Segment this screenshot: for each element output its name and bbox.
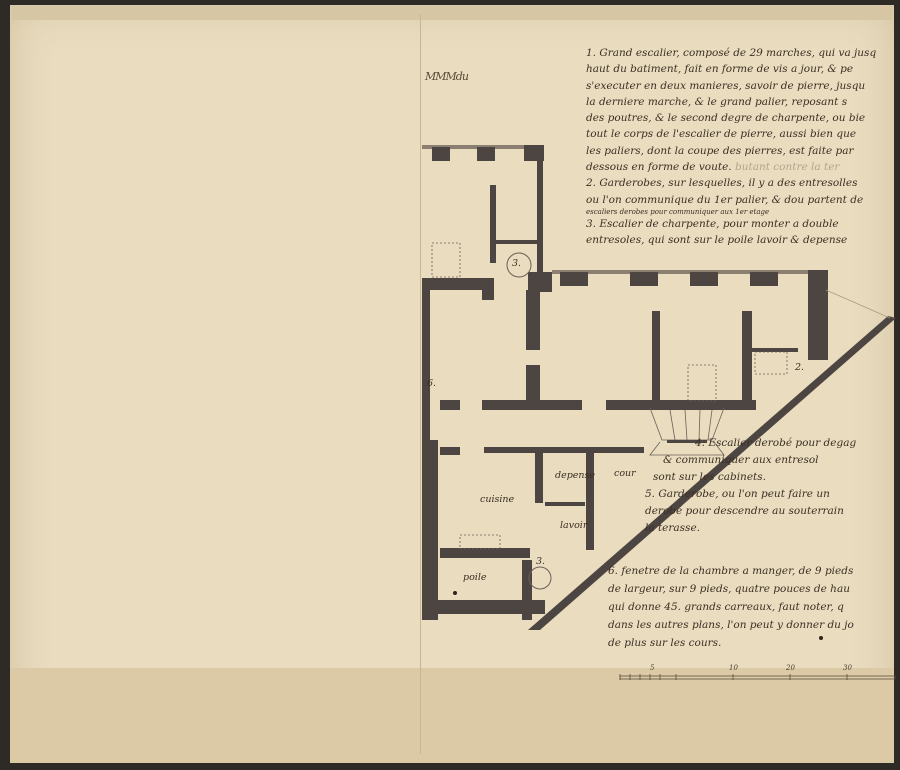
scale-label-30: 30 xyxy=(843,664,852,672)
legend-line: s'executer en deux manieres, savoir de p… xyxy=(586,78,892,94)
legend-line: ou l'on communique du 1er palier, & dou … xyxy=(586,192,892,208)
legend-line: de plus sur les cours. xyxy=(608,634,896,652)
room-number-2: 2. xyxy=(795,362,804,373)
room-label-cuisine: cuisine xyxy=(480,494,514,505)
legend-line: des poutres, & le second degre de charpe… xyxy=(586,110,892,126)
legend-line: qui donne 45. grands carreaux, faut note… xyxy=(608,598,896,616)
legend-line: de largeur, sur 9 pieds, quatre pouces d… xyxy=(608,580,896,598)
legend-line: entresoles, qui sont sur le poile lavoir… xyxy=(586,232,892,248)
room-number-3-top: 3. xyxy=(512,258,521,269)
legend-4-5: 4. Escalier derobé pour degag & communiq… xyxy=(645,435,895,537)
room-label-cour: cour xyxy=(614,468,636,479)
legend-line: 1. Grand escalier, composé de 29 marches… xyxy=(586,45,892,61)
legend-line: sont sur les cabinets. xyxy=(645,469,895,486)
scale-label-5: 5 xyxy=(650,664,654,672)
legend-line: la derniere marche, & le grand palier, r… xyxy=(586,94,892,110)
room-number-3: 3. xyxy=(536,556,545,567)
legend-line: 4. Escalier derobé pour degag xyxy=(645,435,895,452)
legend-line: 6. fenetre de la chambre a manger, de 9 … xyxy=(608,562,896,580)
room-label-depense: depense xyxy=(555,470,595,481)
legend-text: dessous en forme de voute. xyxy=(586,161,732,173)
legend-line: 5. Garderobe, ou l'on peut faire un xyxy=(645,486,895,503)
legend-line: haut du batiment, fait en forme de vis a… xyxy=(586,61,892,77)
legend-line: & communiquer aux entresol xyxy=(645,452,895,469)
legend-line: les paliers, dont la coupe des pierres, … xyxy=(586,143,892,159)
legend-line: la terasse. xyxy=(645,520,895,537)
room-number-6: 6. xyxy=(427,378,436,389)
scale-label-10: 10 xyxy=(729,664,738,672)
legend-line: dans les autres plans, l'on peut y donne… xyxy=(608,616,896,634)
legend-line: 3. Escalier de charpente, pour monter a … xyxy=(586,216,892,232)
legend-line: derobé pour descendre au souterrain xyxy=(645,503,895,520)
legend-faint-text: butant contre la ter xyxy=(735,161,839,173)
legend-6: 6. fenetre de la chambre a manger, de 9 … xyxy=(608,562,896,652)
legend-top: 1. Grand escalier, composé de 29 marches… xyxy=(586,45,892,249)
legend-line: dessous en forme de voute. butant contre… xyxy=(586,159,892,175)
room-label-poile: poile xyxy=(463,572,487,583)
scale-label-20: 20 xyxy=(786,664,795,672)
legend-small-line: escaliers derobes pour communiquer aux 1… xyxy=(586,208,892,216)
legend-line: 2. Garderobes, sur lesquelles, il y a de… xyxy=(586,175,892,191)
room-label-lavoir: lavoir xyxy=(560,520,587,531)
legend-line: tout le corps de l'escalier de pierre, a… xyxy=(586,126,892,142)
